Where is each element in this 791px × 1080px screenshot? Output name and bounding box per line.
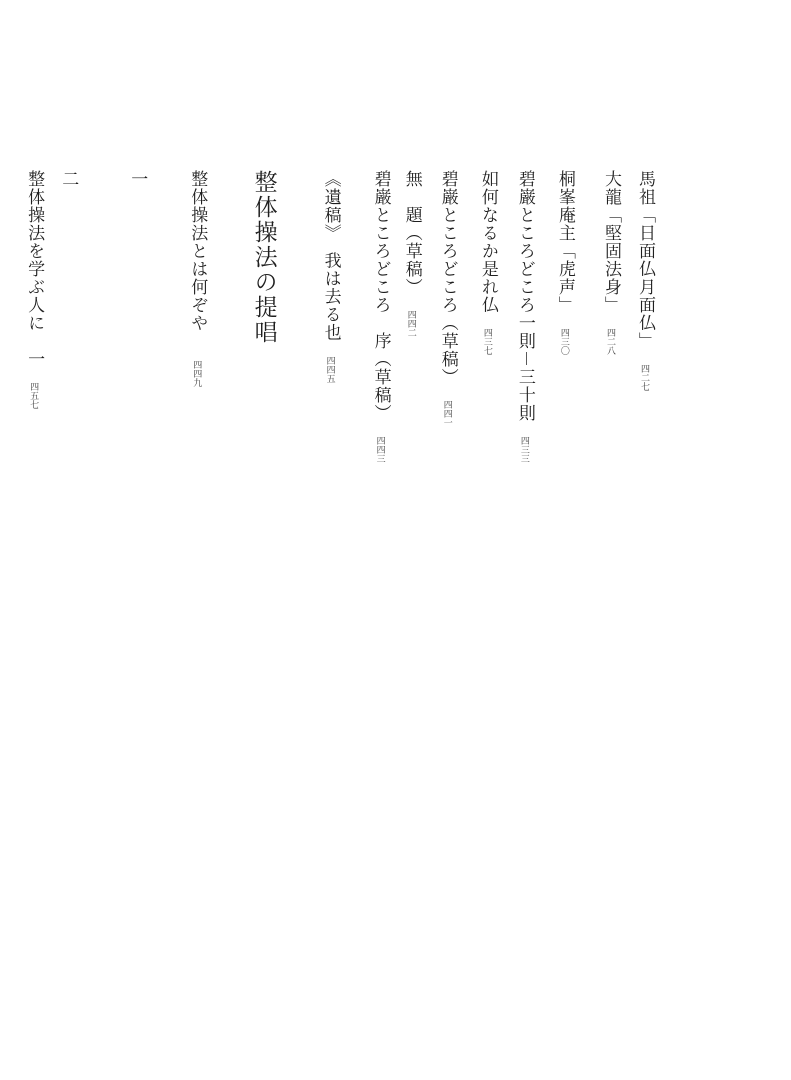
toc-entry: 大龍「堅固法身」四二八: [601, 170, 621, 485]
toc-entry: 碧巌ところどころ（草稿）四四一: [438, 170, 458, 485]
entry-page-number: 四二八: [606, 328, 616, 355]
entry-page-number: 四四九: [192, 360, 202, 387]
toc-entry: 馬祖「日面仏月面仏」四二七: [635, 170, 655, 485]
entry-title: 馬祖「日面仏月面仏」: [636, 170, 655, 350]
toc-entry: 碧巌ところどころ一則－三十則四三三: [515, 170, 535, 485]
toc-entry: 整体操法を学ぶ人に 一四五七: [24, 170, 44, 485]
toc-subitem-two: 二: [58, 170, 114, 485]
entry-title: 無 題（草稿）: [403, 170, 422, 296]
entry-page-number: 四三〇: [560, 328, 570, 355]
entry-page-number: 四五七: [29, 382, 39, 409]
entry-title: 如何なるか是れ仏: [479, 170, 498, 314]
entry-page-number: 四三七: [483, 328, 493, 355]
toc-entry: 無 題（草稿）四四二: [402, 170, 422, 485]
entry-title: 整体操法を学ぶ人に 一: [25, 170, 44, 368]
entry-title: 碧巌ところどころ 序（草稿）: [372, 170, 391, 422]
entry-title: 碧巌ところどころ一則－三十則: [516, 170, 535, 422]
entry-title: 碧巌ところどころ（草稿）: [439, 170, 458, 386]
entry-page-number: 四四一: [443, 400, 453, 427]
entry-title: 大龍「堅固法身」: [602, 170, 621, 314]
entry-page-number: 四三三: [520, 436, 530, 463]
toc-subitem-one: 一: [127, 170, 183, 485]
table-of-contents: 馬祖「日面仏月面仏」四二七 大龍「堅固法身」四二八 桐峯庵主「虎声」四三〇 碧巌…: [24, 170, 655, 485]
entry-title: 二: [59, 170, 78, 188]
entry-page-number: 四四五: [326, 356, 336, 383]
section-heading: 整体操法の提唱: [251, 170, 276, 485]
entry-title: 一: [128, 170, 147, 188]
entry-page-number: 四四二: [407, 310, 417, 337]
toc-entry: 整体操法とは何ぞや四四九: [187, 170, 207, 485]
entry-title: 桐峯庵主「虎声」: [556, 170, 575, 314]
entry-title: 《遺稿》 我は去る也: [322, 170, 341, 342]
entry-page-number: 四四三: [376, 436, 386, 463]
entry-page-number: 四二七: [640, 364, 650, 391]
entry-title: 整体操法とは何ぞや: [188, 170, 207, 332]
toc-entry: 《遺稿》 我は去る也四四五: [321, 170, 341, 485]
toc-entry: 如何なるか是れ仏四三七: [478, 170, 498, 485]
toc-entry: 桐峯庵主「虎声」四三〇: [555, 170, 575, 485]
document-page: 馬祖「日面仏月面仏」四二七 大龍「堅固法身」四二八 桐峯庵主「虎声」四三〇 碧巌…: [0, 0, 791, 1080]
toc-entry: 碧巌ところどころ 序（草稿）四四三: [371, 170, 391, 485]
